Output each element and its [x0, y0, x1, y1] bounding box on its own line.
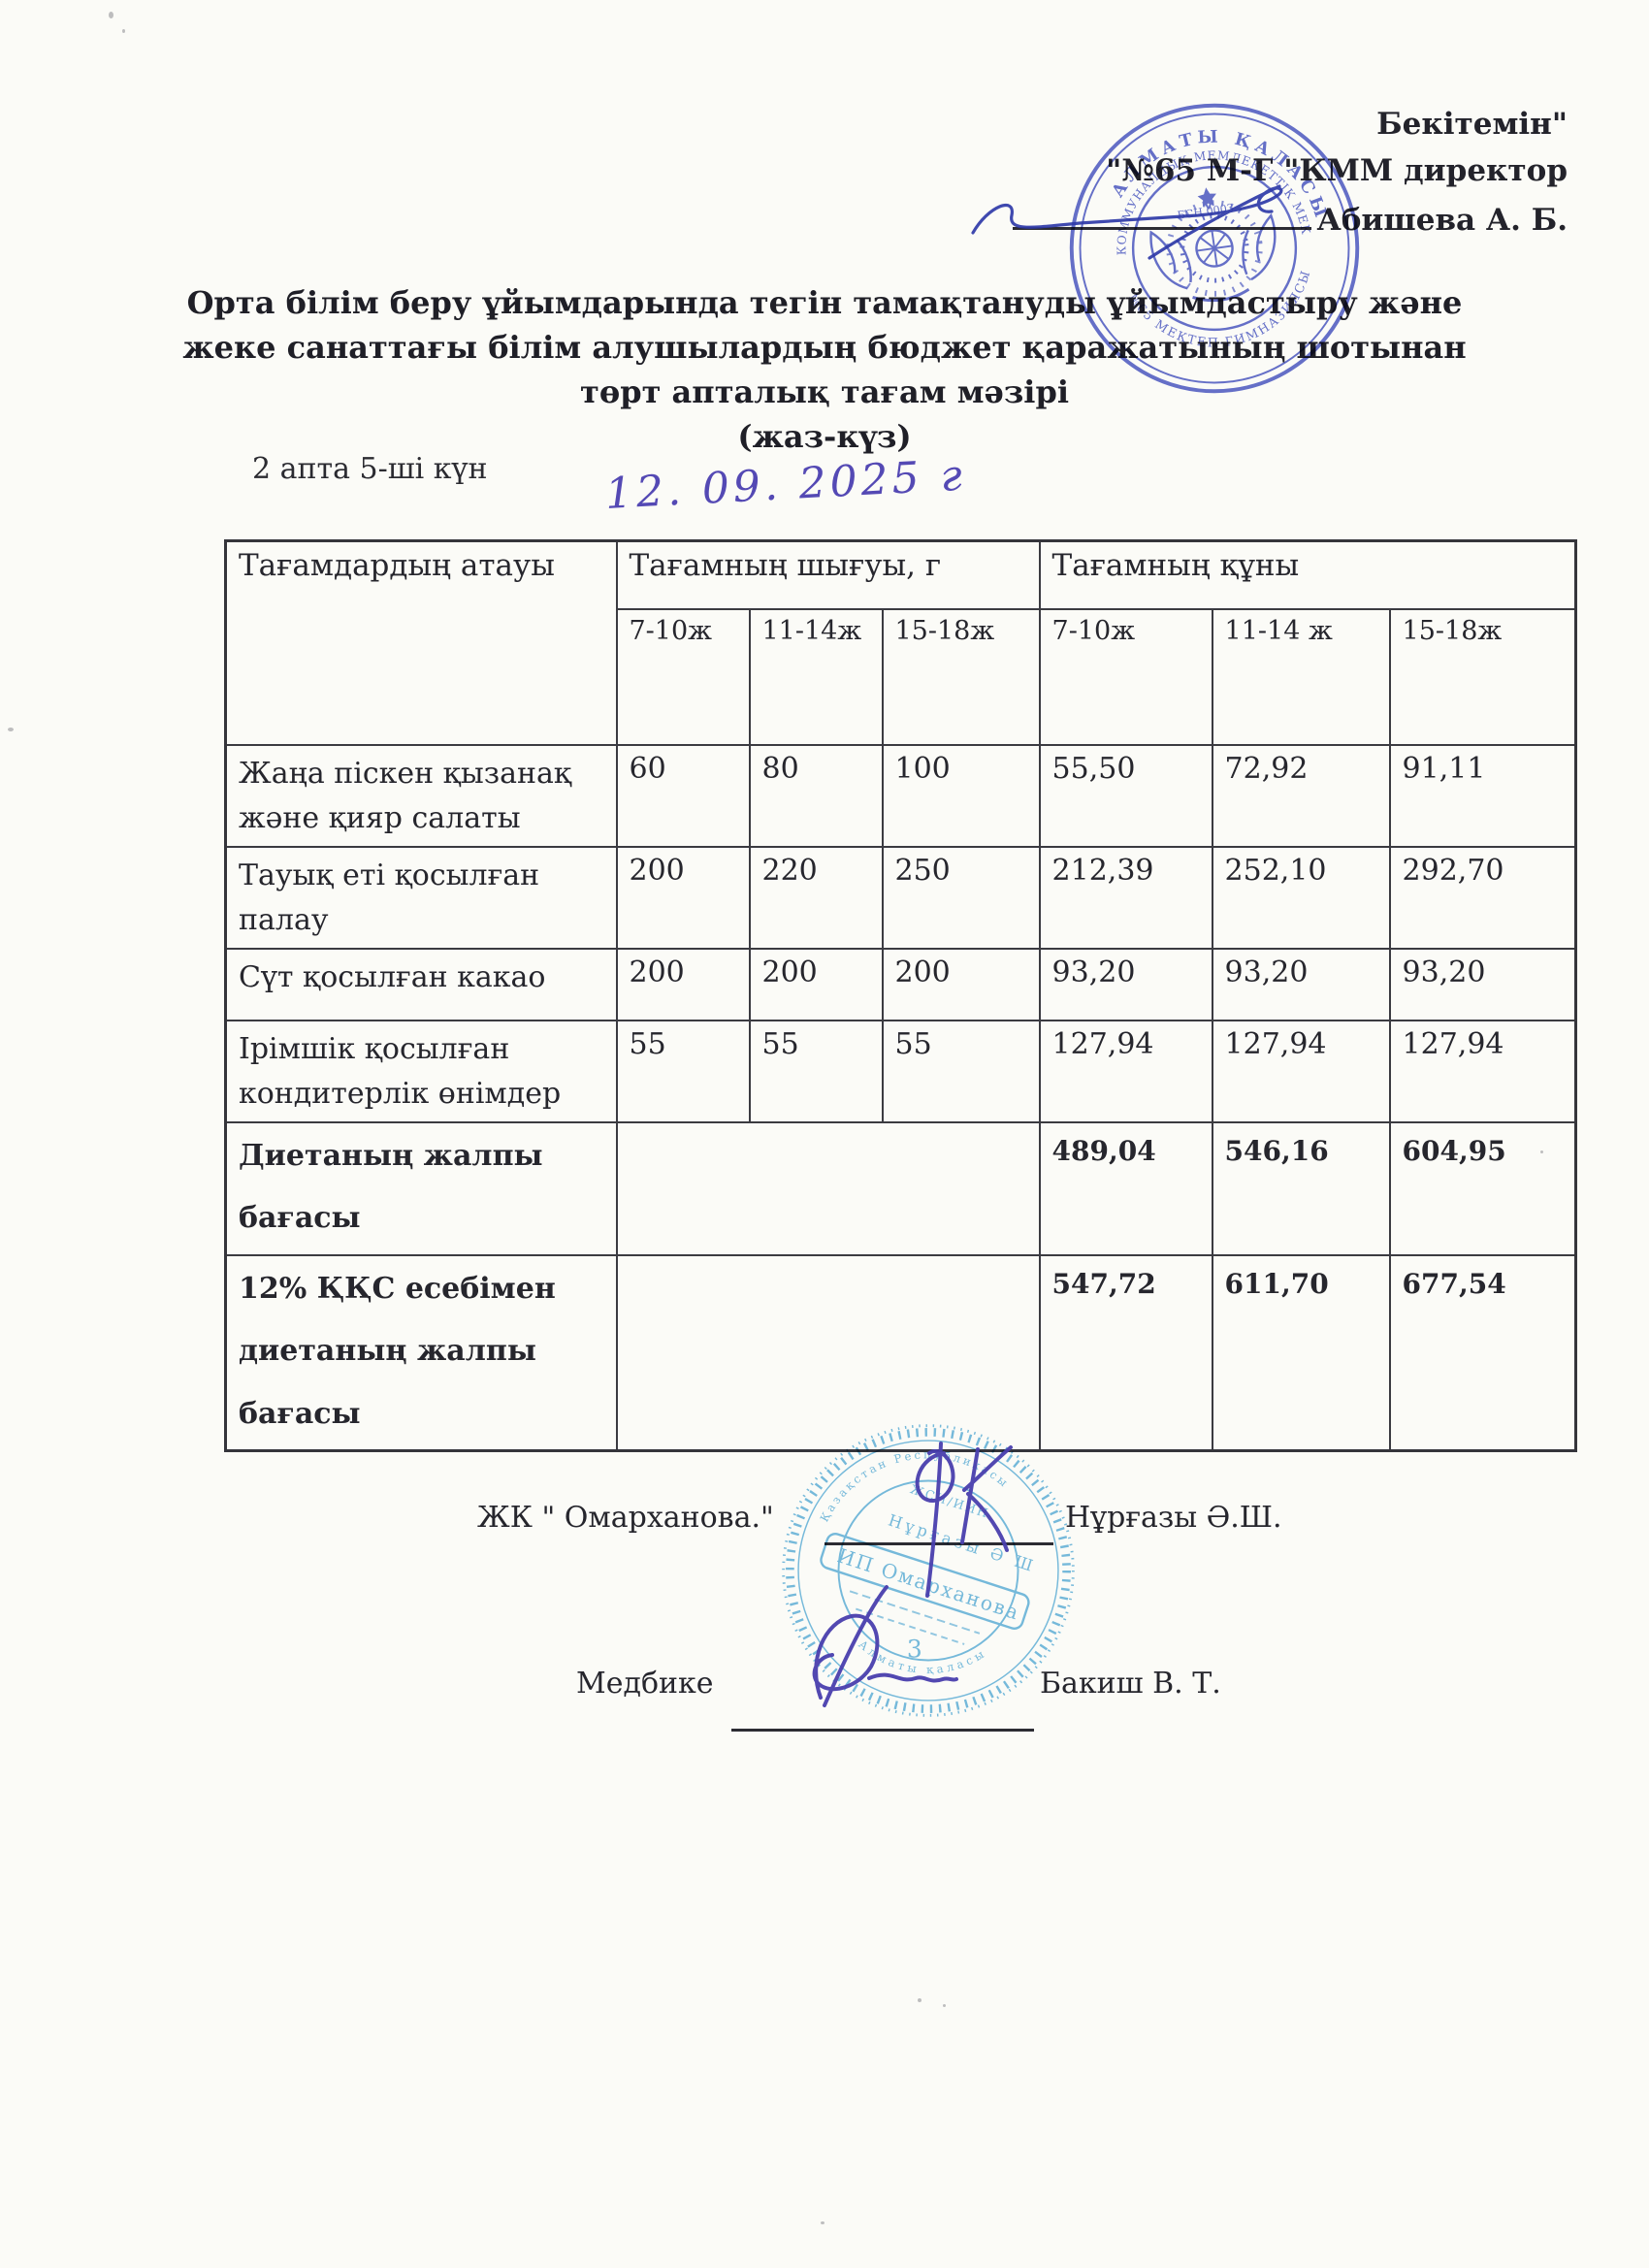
table-header-row-groups: Тағамдардың атауы Тағамның шығуы, г Таға…	[226, 541, 1576, 609]
dish-name-cell: Сүт қосылған какао	[226, 949, 617, 1021]
empty-cell	[617, 1122, 1040, 1255]
output-cell: 200	[617, 949, 750, 1021]
approval-signatory: Абишева А. Б.	[1317, 203, 1568, 238]
dish-name-cell: Ірімшік қосылған кондитерлік өнімдер	[226, 1021, 617, 1122]
cost-cell: 55,50	[1040, 745, 1212, 847]
cost-cell: 72,92	[1212, 745, 1390, 847]
total-cost-cell: 489,04	[1040, 1122, 1212, 1255]
table-row: Тауық еті қосылған палау 200 220 250 212…	[226, 847, 1576, 949]
column-group-cost: Тағамның құны	[1040, 541, 1576, 609]
total-label-cell: Диетаның жалпы бағасы	[226, 1122, 617, 1255]
column-header-dish-name: Тағамдардың атауы	[226, 541, 617, 745]
title-line-1: Орта білім беру ұйымдарында тегін тамақт…	[145, 280, 1503, 325]
total-cost-cell: 604,95	[1390, 1122, 1576, 1255]
title-line-2: жеке санаттағы білім алушылардың бюджет …	[145, 325, 1503, 370]
output-cell: 60	[617, 745, 750, 847]
scanned-menu-document: { "approval": { "line1": "Бекітемін\"", …	[0, 0, 1649, 2268]
output-cell: 250	[883, 847, 1040, 949]
table-total-row: 12% ҚҚС есебімен диетаның жалпы бағасы 5…	[226, 1255, 1576, 1451]
cost-cell: 127,94	[1212, 1021, 1390, 1122]
column-header-cost-age-1: 7-10ж	[1040, 609, 1212, 745]
cost-cell: 127,94	[1040, 1021, 1212, 1122]
total-cost-cell: 611,70	[1212, 1255, 1390, 1451]
entrepreneur-round-stamp-bottom: Қазақстан Республикасы Алматы қаласы ЖСН…	[774, 1416, 1083, 1725]
output-cell: 100	[883, 745, 1040, 847]
total-label-cell: 12% ҚҚС есебімен диетаның жалпы бағасы	[226, 1255, 617, 1451]
output-cell: 55	[883, 1021, 1040, 1122]
output-cell: 220	[750, 847, 883, 949]
title-line-3: төрт апталық тағам мәзірі	[145, 370, 1503, 414]
column-header-output-age-2: 11-14ж	[750, 609, 883, 745]
total-cost-cell: 546,16	[1212, 1122, 1390, 1255]
nurse-signature	[815, 1616, 878, 1698]
cost-cell: 212,39	[1040, 847, 1212, 949]
cost-cell: 93,20	[1040, 949, 1212, 1021]
total-cost-cell: 547,72	[1040, 1255, 1212, 1451]
scan-speck	[1540, 1150, 1543, 1153]
scan-speck	[122, 29, 125, 33]
output-cell: 200	[617, 847, 750, 949]
scan-speck	[8, 728, 14, 731]
output-cell: 55	[617, 1021, 750, 1122]
column-header-output-age-1: 7-10ж	[617, 609, 750, 745]
scan-speck	[943, 2004, 946, 2007]
stamp-number: 3	[907, 1636, 922, 1664]
output-cell: 200	[750, 949, 883, 1021]
cost-cell: 127,94	[1390, 1021, 1576, 1122]
approval-line-2: "№65 М-Г "КММ директор	[1013, 147, 1568, 194]
output-cell: 55	[750, 1021, 883, 1122]
table-total-row: Диетаның жалпы бағасы 489,04 546,16 604,…	[226, 1122, 1576, 1255]
svg-text:Алматы қаласы: Алматы қаласы	[856, 1637, 989, 1676]
stamp-ring-text-bottom: Алматы қаласы	[856, 1637, 989, 1676]
empty-cell	[617, 1255, 1040, 1451]
nurse-label: Медбике	[576, 1667, 714, 1701]
column-header-output-age-3: 15-18ж	[883, 609, 1040, 745]
week-day-label: 2 апта 5-ші күн	[252, 452, 487, 486]
output-cell: 80	[750, 745, 883, 847]
cost-cell: 292,70	[1390, 847, 1576, 949]
dish-name-cell: Тауық еті қосылған палау	[226, 847, 617, 949]
column-header-cost-age-2: 11-14 ж	[1212, 609, 1390, 745]
approval-signature-row: Абишева А. Б.	[1013, 194, 1568, 243]
approval-line-1: Бекітемін"	[1013, 101, 1568, 147]
document-title: Орта білім беру ұйымдарында тегін тамақт…	[145, 280, 1503, 459]
cost-cell: 93,20	[1212, 949, 1390, 1021]
scan-speck	[918, 1998, 921, 2002]
table-row: Ірімшік қосылған кондитерлік өнімдер 55 …	[226, 1021, 1576, 1122]
output-cell: 200	[883, 949, 1040, 1021]
cost-cell: 252,10	[1212, 847, 1390, 949]
column-header-cost-age-3: 15-18ж	[1390, 609, 1576, 745]
table-row: Сүт қосылған какао 200 200 200 93,20 93,…	[226, 949, 1576, 1021]
scan-speck	[109, 12, 113, 18]
signature-line	[731, 1692, 1034, 1732]
total-cost-cell: 677,54	[1390, 1255, 1576, 1451]
company-signatory: Нұрғазы Ә.Ш.	[1065, 1501, 1282, 1535]
dish-name-cell: Жаңа піскен қызанақ және қияр салаты	[226, 745, 617, 847]
company-label: ЖК " Омарханова."	[477, 1501, 774, 1535]
approval-block: Бекітемін" "№65 М-Г "КММ директор Абишев…	[1013, 101, 1568, 243]
cost-cell: 93,20	[1390, 949, 1576, 1021]
column-group-output: Тағамның шығуы, г	[617, 541, 1040, 609]
cost-cell: 91,11	[1390, 745, 1576, 847]
stamp-banner-text: ИП Омарханова	[834, 1543, 1022, 1625]
menu-table: Тағамдардың атауы Тағамның шығуы, г Таға…	[224, 539, 1577, 1452]
scan-speck	[821, 2221, 824, 2224]
signature-line	[824, 1506, 1053, 1545]
signature-line	[1013, 194, 1311, 230]
table-row: Жаңа піскен қызанақ және қияр салаты 60 …	[226, 745, 1576, 847]
director-signature	[918, 1451, 954, 1501]
nurse-signatory: Бакиш В. Т.	[1040, 1667, 1221, 1701]
